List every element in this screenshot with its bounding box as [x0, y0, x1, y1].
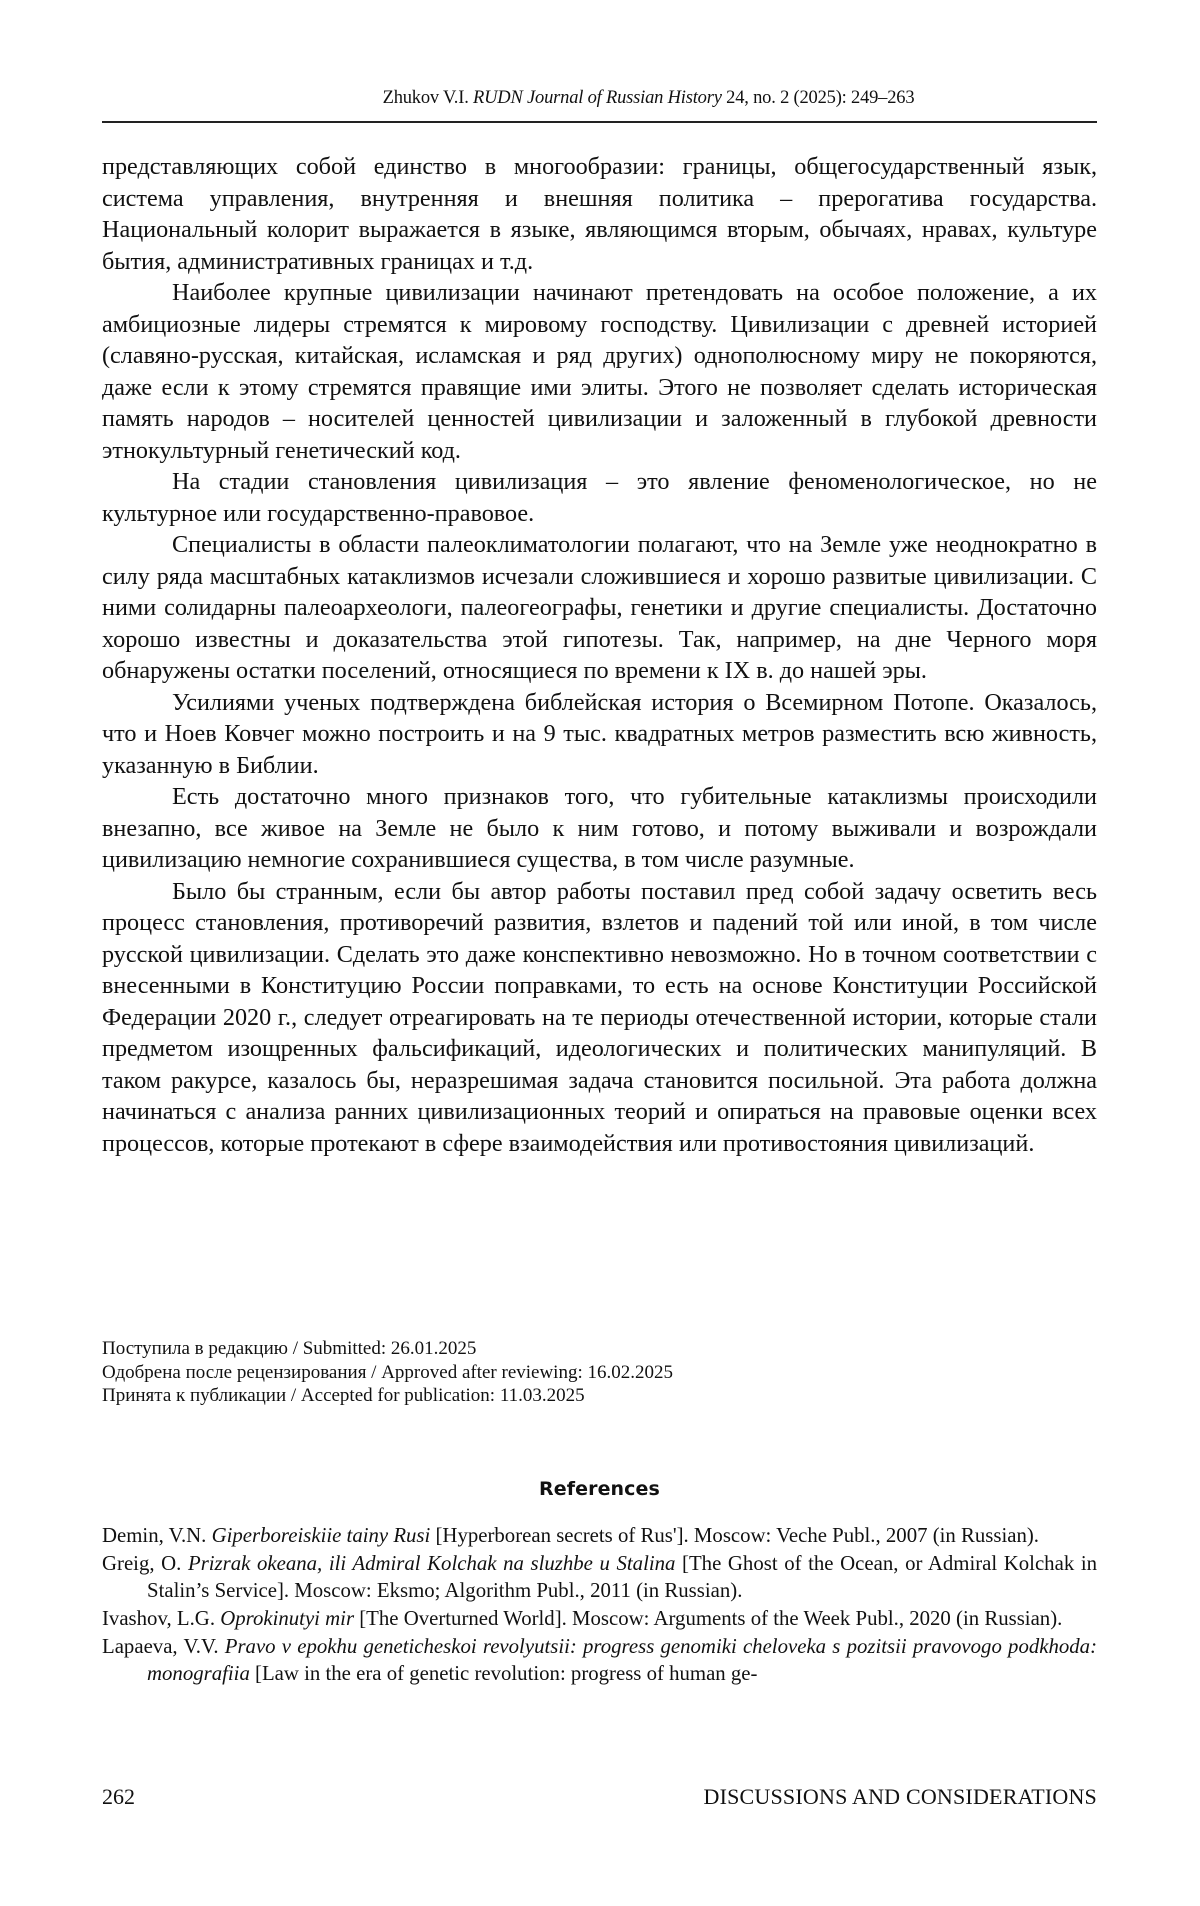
running-head-issue: 24, no. 2 (2025): 249–263: [722, 88, 915, 108]
body-paragraph: Есть достаточно много признаков того, чт…: [102, 781, 1097, 876]
reference-author: Greig, O.: [102, 1552, 188, 1575]
accepted-date: Принята к публикации / Accepted for publ…: [102, 1384, 1097, 1408]
body-paragraph: представляющих собой единство в многообр…: [102, 151, 1097, 277]
reference-item: Greig, O. Prizrak okeana, ili Admiral Ko…: [102, 1550, 1097, 1604]
body-paragraph: Было бы странным, если бы автор работы п…: [102, 876, 1097, 1160]
section-title: DISCUSSIONS AND CONSIDERATIONS: [703, 1784, 1097, 1810]
running-head: Zhukov V.I. RUDN Journal of Russian Hist…: [102, 88, 1097, 109]
reference-title: Giperboreiskiie tainy Rusi: [212, 1524, 431, 1547]
body-paragraph: Специалисты в области палеоклиматологии …: [102, 529, 1097, 687]
reference-item: Demin, V.N. Giperboreiskiie tainy Rusi […: [102, 1522, 1097, 1549]
running-head-journal: RUDN Journal of Russian History: [473, 88, 722, 108]
reference-item: Ivashov, L.G. Oprokinutyi mir [The Overt…: [102, 1605, 1097, 1632]
references-list: Demin, V.N. Giperboreiskiie tainy Rusi […: [102, 1522, 1097, 1687]
page-footer: 262 DISCUSSIONS AND CONSIDERATIONS: [102, 1784, 1097, 1810]
reference-author: Demin, V.N.: [102, 1524, 212, 1547]
approved-date: Одобрена после рецензирования / Approved…: [102, 1361, 1097, 1385]
header-rule: [102, 121, 1097, 123]
references-heading: References: [102, 1478, 1097, 1500]
body-paragraph: На стадии становления цивилизация – это …: [102, 466, 1097, 529]
reference-author: Ivashov, L.G.: [102, 1607, 220, 1630]
running-head-author: Zhukov V.I.: [383, 88, 473, 108]
body-paragraph: Наиболее крупные цивилизации начинают пр…: [102, 277, 1097, 466]
reference-author: Lapaeva, V.V.: [102, 1635, 225, 1658]
reference-details: [Law in the era of genetic revolution: p…: [250, 1662, 758, 1685]
reference-details: [The Overturned World]. Moscow: Argument…: [354, 1607, 1062, 1630]
reference-title: Oprokinutyi mir: [220, 1607, 354, 1630]
article-dates: Поступила в редакцию / Submitted: 26.01.…: [102, 1337, 1097, 1408]
submitted-date: Поступила в редакцию / Submitted: 26.01.…: [102, 1337, 1097, 1361]
page-number: 262: [102, 1784, 135, 1810]
body-paragraph: Усилиями ученых подтверждена библейская …: [102, 687, 1097, 782]
reference-item: Lapaeva, V.V. Pravo v epokhu genetichesk…: [102, 1633, 1097, 1687]
article-body: представляющих собой единство в многообр…: [102, 151, 1097, 1159]
reference-title: Prizrak okeana, ili Admiral Kolchak na s…: [188, 1552, 675, 1575]
reference-details: [Hyperborean secrets of Rus']. Moscow: V…: [430, 1524, 1039, 1547]
